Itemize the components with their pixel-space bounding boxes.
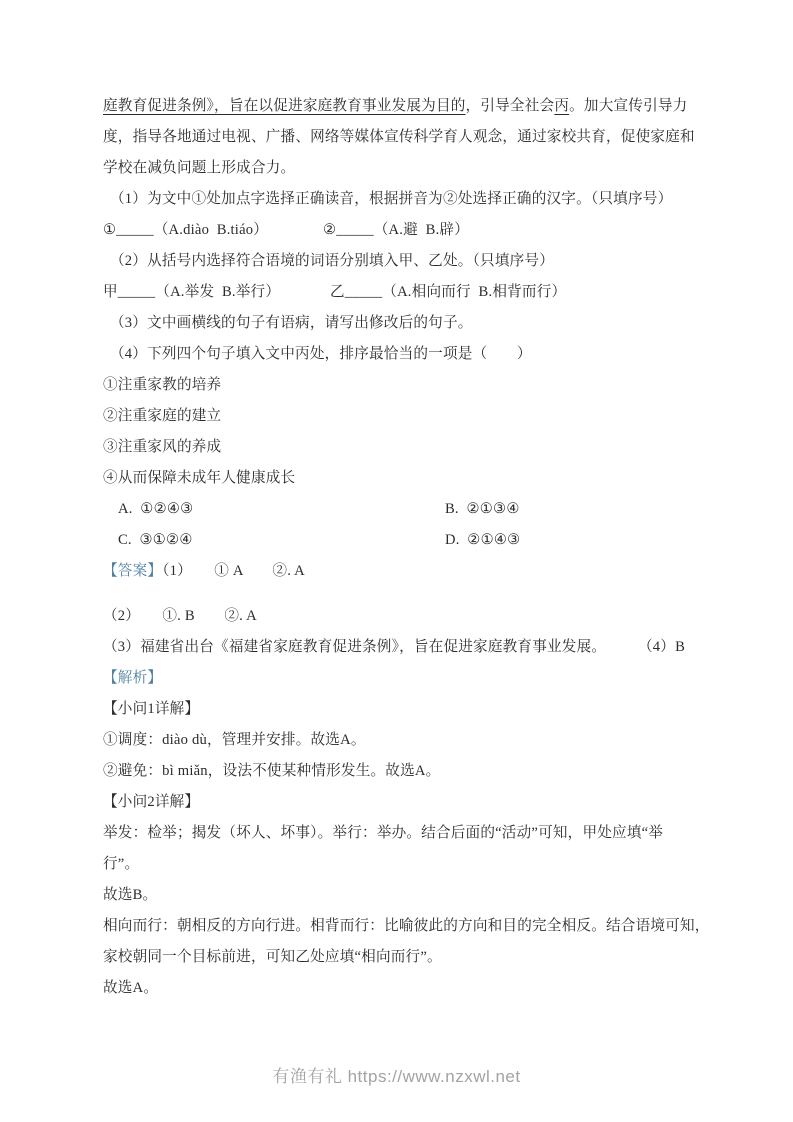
answer-3-value: （3）福建省出台《福建省家庭教育促进条例》，旨在促进家庭教育事业发展。	[103, 639, 606, 655]
question-4-item-2: ②注重家庭的建立	[103, 401, 743, 432]
question-1-blank-1: ①_____（A.diào B.tiáo）	[103, 215, 323, 246]
subquestion-2-detail-5: 家校朝同一个目标前进，可知乙处应填“相向而行”。	[103, 942, 743, 973]
subquestion-2-detail-6: 故选A。	[103, 973, 743, 1004]
answer-line-3: （3）福建省出台《福建省家庭教育促进条例》，旨在促进家庭教育事业发展。（4）B	[103, 632, 743, 663]
watermark-footer: 有渔有礼 https://www.nzxwl.net	[0, 1062, 793, 1087]
underlined-sentence: 庭教育促进条例》，旨在以促进家庭教育事业发展为目的	[103, 98, 466, 114]
answer-4-value: （4）B	[638, 632, 685, 663]
blank-marker-bing: 丙	[554, 98, 569, 114]
question-2-blanks: 甲_____（A.举发 B.举行）乙_____（A.相向而行 B.相背而行）	[103, 277, 743, 308]
choice-C: C. ③①②④	[118, 525, 445, 556]
subquestion-2-detail-4: 相向而行：朝相反的方向行进。相背而行：比喻彼此的方向和目的完全相反。结合语境可知…	[103, 911, 743, 942]
answer-line-1: 【答案】（1） ① A ②. A	[103, 556, 743, 587]
analysis-header: 【解析】	[103, 663, 743, 694]
subquestion-2-detail-2: 行”。	[103, 849, 743, 880]
question-4-stem: （4）下列四个句子填入文中丙处，排序最恰当的一项是（ ）	[103, 339, 743, 370]
document-content: 庭教育促进条例》，旨在以促进家庭教育事业发展为目的，引导全社会丙。加大宣传引导力…	[103, 91, 743, 1004]
question-1-blank-2: ②_____（A.避 B.辟）	[323, 222, 469, 238]
intro-line-1: 庭教育促进条例》，旨在以促进家庭教育事业发展为目的，引导全社会丙。加大宣传引导力	[103, 91, 743, 122]
watermark-text: 有渔有礼 https://www.nzxwl.net	[272, 1067, 520, 1086]
question-2-blank-2: 乙_____（A.相向而行 B.相背而行）	[330, 284, 566, 300]
question-4-item-4: ④从而保障未成年人健康成长	[103, 463, 743, 494]
choice-row-2: C. ③①②④D. ②①④③	[103, 525, 743, 556]
subquestion-2-detail-3: 故选B。	[103, 880, 743, 911]
question-1-stem: （1）为文中①处加点字选择正确读音，根据拼音为②处选择正确的汉字。（只填序号）	[103, 184, 743, 215]
intro-text: ，引导全社会	[466, 98, 555, 114]
choice-B: B. ②①③④	[445, 501, 520, 517]
subquestion-1-heading: 【小问1详解】	[103, 694, 743, 725]
answer-line-2: （2） ①. B ②. A	[103, 601, 743, 632]
question-2-blank-1: 甲_____（A.举发 B.举行）	[103, 277, 330, 308]
subquestion-1-detail-2: ②避免：bì miǎn，设法不使某种情形发生。故选A。	[103, 756, 743, 787]
question-2-stem: （2）从括号内选择符合语境的词语分别填入甲、乙处。（只填序号）	[103, 246, 743, 277]
choice-row-1: A. ①②④③B. ②①③④	[103, 494, 743, 525]
subquestion-2-detail-1: 举发：检举；揭发（坏人、坏事）。举行：举办。结合后面的“活动”可知，甲处应填“举	[103, 818, 743, 849]
subquestion-2-heading: 【小问2详解】	[103, 787, 743, 818]
answer-label: 【答案】	[103, 563, 162, 579]
question-4-item-3: ③注重家风的养成	[103, 432, 743, 463]
choice-D: D. ②①④③	[445, 532, 520, 548]
intro-line-2: 度，指导各地通过电视、广播、网络等媒体宣传科学育人观念，通过家校共育，促使家庭和	[103, 122, 743, 153]
question-3-stem: （3）文中画横线的句子有语病，请写出修改后的句子。	[103, 308, 743, 339]
question-1-blanks: ①_____（A.diào B.tiáo）②_____（A.避 B.辟）	[103, 215, 743, 246]
choice-A: A. ①②④③	[118, 494, 445, 525]
intro-line-3: 学校在减负问题上形成合力。	[103, 153, 743, 184]
question-4-item-1: ①注重家教的培养	[103, 370, 743, 401]
analysis-label: 【解析】	[103, 670, 162, 686]
answer-1-value: （1） ① A ②. A	[162, 563, 305, 579]
subquestion-1-detail-1: ①调度：diào dù，管理并安排。故选A。	[103, 725, 743, 756]
intro-text: 。加大宣传引导力	[569, 98, 687, 114]
document-page: 庭教育促进条例》，旨在以促进家庭教育事业发展为目的，引导全社会丙。加大宣传引导力…	[0, 0, 793, 1122]
